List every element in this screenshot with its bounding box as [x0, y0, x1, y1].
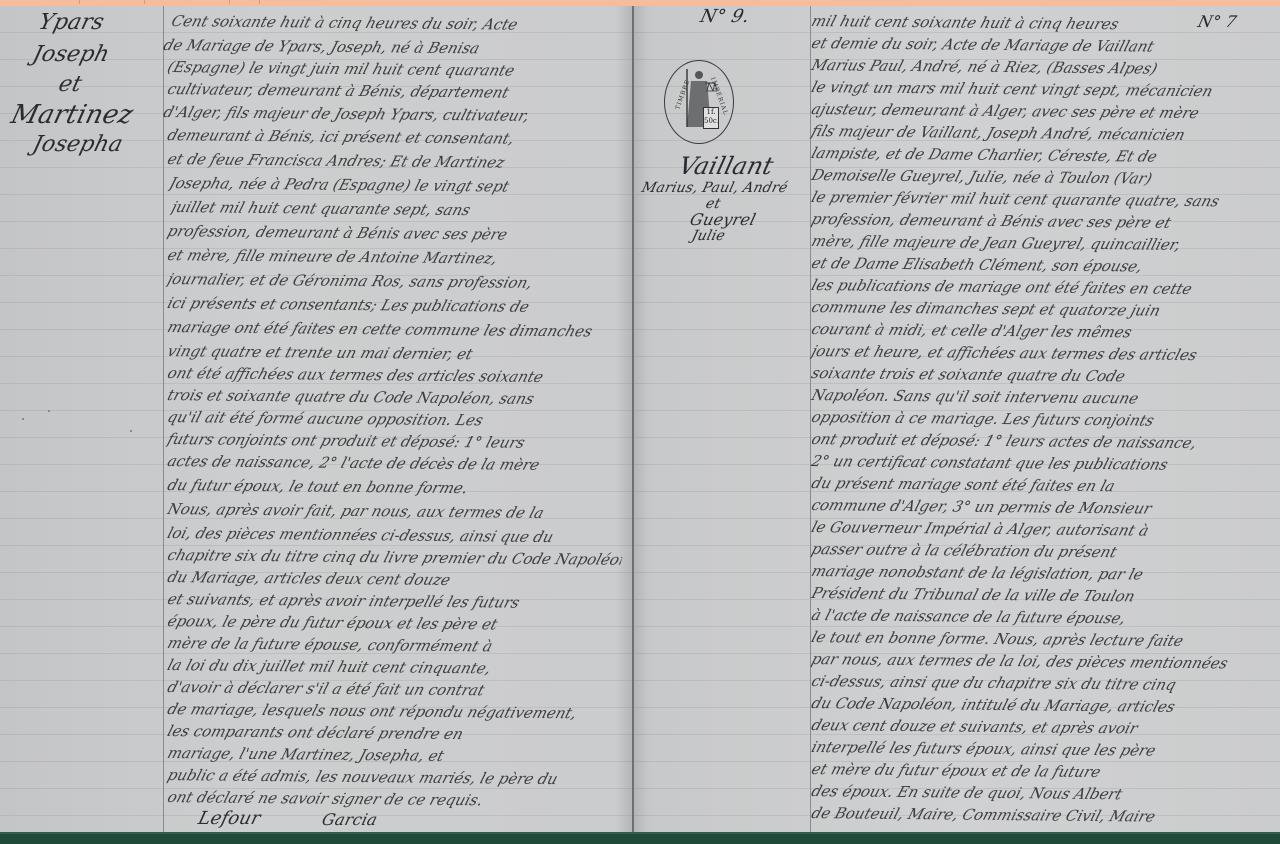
center-page-fold [632, 6, 634, 832]
act-number: N° 7 [1196, 12, 1239, 31]
margin-firstname-bride: Julie [690, 228, 727, 244]
stamp-value: 1f. 50c. [703, 107, 719, 129]
scan-speck [22, 418, 24, 420]
bottom-bar-highlight [0, 832, 1280, 834]
imperial-tax-stamp: TIMBRE IMPÉRIAL 1f. 50c. [664, 60, 734, 144]
toolbar-divider [79, 0, 80, 4]
margin-firstname-bride: Josepha [30, 132, 125, 157]
signature-garcia: Garcia [320, 810, 380, 829]
toolbar-divider [259, 0, 260, 4]
signature-lefour: Lefour [196, 808, 263, 829]
margin-surname-groom: Ypars [36, 10, 107, 35]
margin-surname-groom: Vaillant [676, 152, 776, 180]
document-scan-image[interactable]: Ypars Joseph et Martinez Josepha Cent so… [0, 6, 1280, 832]
margin-firstname-groom: Joseph [30, 42, 112, 67]
viewer-top-bar [0, 0, 1280, 6]
margin-surname-bride: Martinez [8, 100, 136, 130]
margin-firstnames-groom: Marius, Paul, André [640, 180, 789, 196]
left-page-margin-rule [163, 6, 164, 832]
toolbar-divider [229, 0, 230, 4]
margin-surname-bride: Gueyrel [688, 210, 758, 229]
scan-speck [130, 430, 132, 432]
viewer-bottom-bar [0, 832, 1280, 844]
scan-speck [48, 410, 50, 412]
toolbar-divider [144, 0, 145, 4]
page-number: N° 9. [698, 6, 752, 27]
